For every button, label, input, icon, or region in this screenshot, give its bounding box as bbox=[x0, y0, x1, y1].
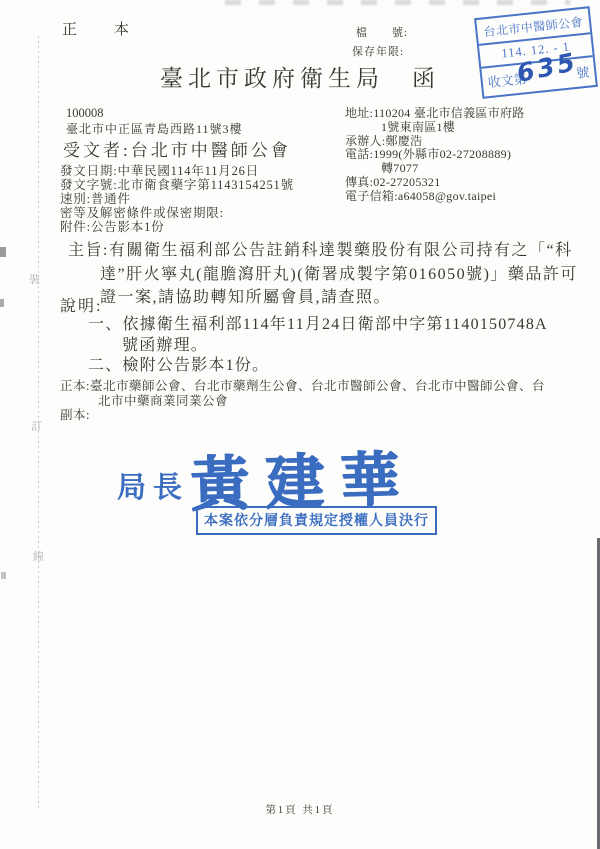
phone-line1: 電話:1999(外縣市02-27208889) bbox=[345, 148, 525, 162]
subject-paragraph: 主旨:有關衛生福利部公告註銷科達製藥股份有限公司持有之「“科達”肝火寧丸(龍膽瀉… bbox=[68, 239, 580, 310]
copies-cc-line: 副本: bbox=[60, 408, 557, 423]
attachment-line: 附件:公告影本1份 bbox=[60, 220, 294, 234]
file-number-label: 檔 號: bbox=[356, 24, 408, 40]
receipt-stamp: 台北市中醫師公會 114. 12. - 1 收文第 635 號 bbox=[474, 6, 598, 99]
explanation-item-1: 一、依據衛生福利部114年11月24日衛部中字第1140150748A號函辦理。 bbox=[88, 315, 558, 356]
phone-line2: 轉7077 bbox=[345, 162, 525, 176]
explanation-heading: 說明: bbox=[60, 293, 102, 316]
fax-line: 傳真:02-27205321 bbox=[345, 176, 525, 190]
contact-person-line: 承辦人:鄭慶浩 bbox=[345, 135, 525, 149]
copy-type-label: 正 本 bbox=[62, 18, 140, 39]
page-number-footer: 第1頁 共1頁 bbox=[0, 802, 600, 817]
email-line: 電子信箱:a64058@gov.taipei bbox=[345, 190, 525, 204]
left-edge-speck bbox=[0, 299, 4, 307]
left-edge-speck bbox=[1, 572, 6, 579]
director-title-stamp: 局長 bbox=[117, 465, 189, 506]
recipient-name-line: 受文者:台北市中醫師公會 bbox=[63, 136, 291, 161]
retention-period-label: 保存年限: bbox=[352, 43, 404, 59]
agency-address-line2: 1號東南區1樓 bbox=[345, 121, 525, 135]
binding-mark-zhuang: 裝 bbox=[29, 271, 40, 287]
issue-date-line: 發文日期:中華民國114年11月26日 bbox=[60, 164, 294, 178]
agency-address-line1: 地址:110204 臺北市信義區市府路 bbox=[345, 107, 525, 121]
left-edge-speck bbox=[0, 247, 6, 257]
agency-contact-block: 地址:110204 臺北市信義區市府路 1號東南區1樓 承辦人:鄭慶浩 電話:1… bbox=[345, 107, 525, 204]
copies-block: 正本:臺北市藥師公會、台北市藥劑生公會、台北市醫師公會、台北市中醫師公會、台北市… bbox=[60, 379, 557, 423]
binding-mark-ding: 訂 bbox=[31, 418, 42, 434]
document-meta-block: 發文日期:中華民國114年11月26日 發文字號:北市衛食藥字第11431542… bbox=[60, 164, 294, 234]
delegation-note-stamp: 本案依分層負責規定授權人員決行 bbox=[196, 506, 437, 535]
recipient-street-address: 臺北市中正區青島西路11號3樓 bbox=[66, 120, 243, 137]
binding-mark-xian: 線 bbox=[33, 548, 44, 564]
official-letter-page: 正 本 檔 號: 保存年限: 臺北市政府衛生局 函 台北市中醫師公會 114. … bbox=[0, 0, 600, 849]
explanation-list: 一、依據衛生福利部114年11月24日衛部中字第1140150748A號函辦理。… bbox=[88, 315, 558, 377]
copies-original-line: 正本:臺北市藥師公會、台北市藥劑生公會、台北市醫師公會、台北市中醫師公會、台北市… bbox=[60, 379, 557, 408]
recipient-zip-code: 100008 bbox=[66, 106, 104, 121]
doc-number-line: 發文字號:北市衛食藥字第1143154251號 bbox=[60, 178, 294, 192]
top-edge-scan-artifact bbox=[225, 0, 570, 5]
explanation-item-2: 二、檢附公告影本1份。 bbox=[88, 356, 558, 377]
security-class-line: 密等及解密條件或保密期限: bbox=[60, 206, 294, 220]
delivery-class-line: 速別:普通件 bbox=[60, 192, 294, 206]
